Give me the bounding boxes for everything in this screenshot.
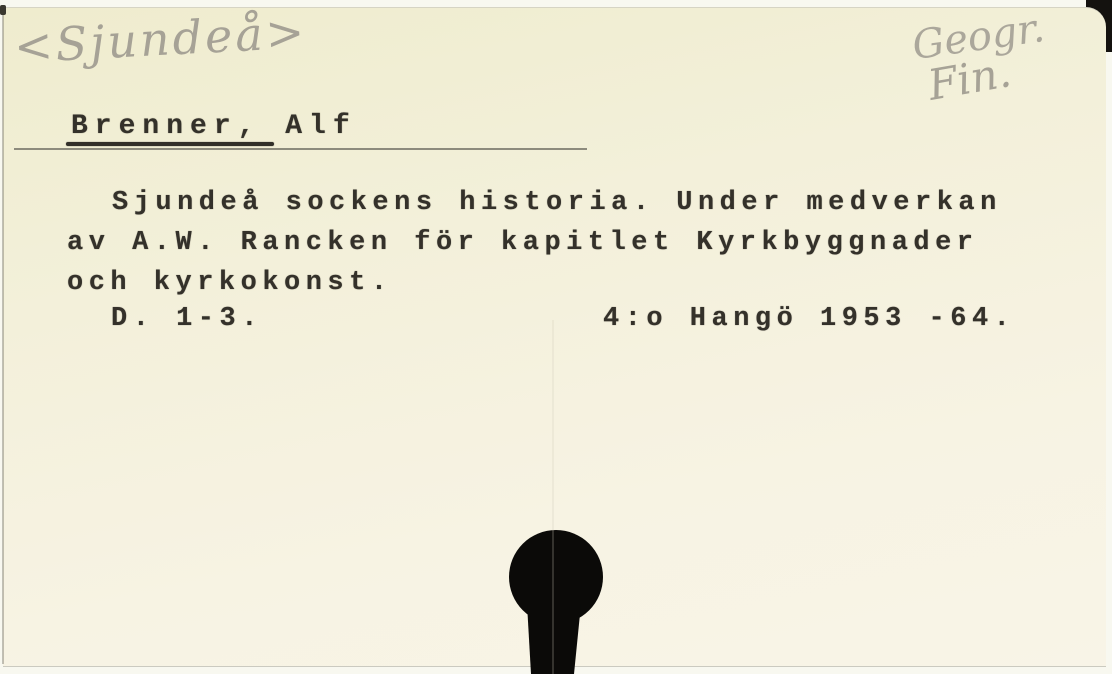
title-text-line-2: av A.W. Rancken för kapitlet Kyrkbyggnad… [67,230,979,257]
title-text-line-3: och kyrkokonst. [67,270,393,297]
scan-artifact-speck [0,5,6,15]
card-left-edge [2,8,4,664]
heading-ruled-line [14,148,587,150]
imprint-statement: 4:o Hangö 1953 -64. [603,306,1015,333]
scanned-catalog-card-image: <Sjundeå> Geogr. Fin. Brenner, Alf Sjund… [0,0,1112,674]
title-text-line-1: Sjundeå sockens historia. Under medverka… [112,190,1002,217]
card-crease-line [552,320,554,674]
author-heading: Brenner, Alf [71,113,357,141]
author-typed-underline [66,142,274,146]
punch-hole [495,524,620,674]
volume-designation: D. 1-3. [111,306,263,333]
